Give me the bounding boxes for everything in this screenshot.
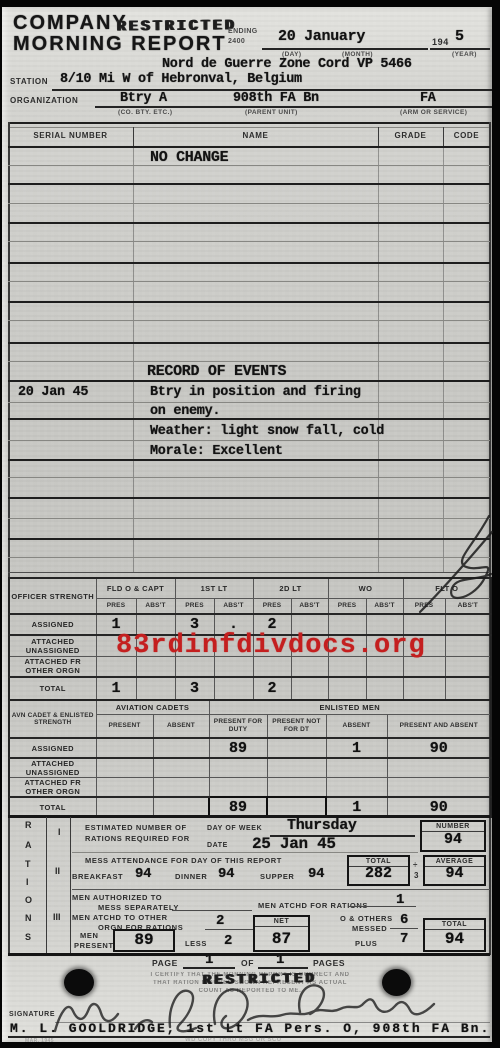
officer-group-fldo-capt: FLD O & CAPT [96, 578, 175, 598]
cell [366, 677, 403, 700]
men-present-label1: MEN [80, 931, 98, 940]
pages-underline [258, 967, 308, 969]
aviation-cadets-group: AVIATION CADETS [96, 700, 209, 714]
rule-line [72, 889, 490, 890]
cell-boxed [267, 797, 326, 817]
sub-abst: ABS'T [136, 598, 175, 614]
cell [96, 758, 153, 778]
men-present-label2: PRESENT [74, 941, 114, 950]
rule-line [8, 127, 490, 128]
rule-line [8, 241, 490, 242]
site-watermark: 83rdinfdivdocs.org [116, 631, 426, 661]
row-label: ATTACHED UNASSIGNED [9, 635, 96, 656]
less-value: 2 [224, 933, 232, 949]
section-numeral-2: II [55, 866, 60, 876]
supper-value: 94 [308, 866, 324, 882]
cell [153, 738, 209, 758]
rations-letter: A [25, 840, 32, 850]
map-coordinates: Nord de Guerre Zone Cord VP 5466 [162, 57, 412, 72]
sub-pres: PRES [328, 598, 366, 614]
breakfast-value: 94 [135, 866, 151, 882]
events-line-2: on enemy. [150, 404, 220, 419]
station-label: STATION [10, 77, 48, 86]
sub-absent: ABSENT [326, 714, 387, 738]
dinner-value: 94 [218, 866, 234, 882]
col-header-grade: GRADE [378, 131, 443, 140]
organization-underline [95, 106, 492, 108]
rule-line [8, 342, 490, 344]
events-line-1: Btry in position and firing [150, 385, 361, 400]
cell [209, 778, 267, 798]
scanned-morning-report: COMPANY MORNING REPORT RESTRICTED ENDING… [0, 0, 500, 1048]
enlisted-row-attached-fr-other: ATTACHED FR OTHER ORGN [9, 778, 491, 798]
cell [267, 758, 326, 778]
enlisted-row-total: TOTAL 89 1 90 [9, 797, 491, 817]
cell: 3 [175, 677, 214, 700]
sub-absent: ABSENT [153, 714, 209, 738]
date-underline [262, 48, 428, 50]
cell [291, 677, 328, 700]
divide-by-three: 3 [414, 871, 419, 880]
cell [96, 738, 153, 758]
punch-hole-left [64, 969, 94, 996]
report-date: 20 January [278, 28, 365, 45]
rule-line [72, 852, 418, 853]
signature-label: SIGNATURE [9, 1011, 55, 1018]
org-parent-unit: 908th FA Bn [233, 91, 319, 106]
of-label: OF [241, 958, 254, 968]
year-typed: 5 [455, 28, 464, 45]
rule-line [8, 146, 490, 148]
cell: 1 [96, 677, 136, 700]
cell [136, 677, 175, 700]
rations-date-value: 25 Jan 45 [252, 835, 336, 853]
rations-letter: N [25, 913, 32, 923]
men-atchd-other-label1: MEN ATCHD TO OTHER [72, 913, 168, 922]
rule-line [8, 301, 490, 303]
column-divider-faint [443, 146, 444, 573]
rations-total-label: TOTAL [425, 921, 484, 930]
rule-line [8, 222, 490, 224]
form-note-center: WD COPY THRU MSG OR SCU [185, 1037, 281, 1043]
org-arm: FA [420, 91, 436, 106]
cell: 90 [387, 738, 491, 758]
rule-line [8, 203, 490, 204]
rations-divider [46, 817, 47, 954]
rule-line [8, 418, 490, 420]
rule-line [8, 538, 490, 540]
col-header-serial-number: SERIAL NUMBER [8, 131, 133, 140]
org-parent-sublabel: (PARENT UNIT) [245, 109, 298, 116]
page-value: 1 [205, 952, 213, 968]
officer-strength-label: OFFICER STRENGTH [9, 578, 96, 614]
others-underline [390, 928, 418, 929]
net-value: 87 [255, 930, 308, 948]
events-line-4: Morale: Excellent [150, 444, 283, 459]
officer-row-total: TOTAL 1 3 2 [9, 677, 491, 700]
signed-name-typed: M. L. GOOLDRIDGE, 1st Lt FA Pers. O, 908… [10, 1021, 490, 1036]
station-value: 8/10 Mi W of Hebronval, Belgium [60, 72, 302, 87]
less-label: LESS [185, 939, 207, 948]
mess-total-value: 282 [349, 865, 408, 882]
section-numeral-3: III [53, 912, 61, 922]
cell [445, 635, 491, 656]
cell [96, 797, 153, 817]
row-label: ATTACHED UNASSIGNED [9, 758, 96, 778]
dinner-label: DINNER [175, 872, 207, 881]
rations-letter: T [25, 859, 31, 869]
day-of-week-value: Thursday [287, 817, 357, 834]
rule-line [8, 262, 490, 264]
sub-present: PRESENT [96, 714, 153, 738]
cell [403, 677, 445, 700]
year-underline [430, 48, 490, 50]
number-box: NUMBER 94 [420, 820, 486, 852]
average-value: 94 [425, 865, 484, 882]
day-of-week-label: DAY OF WEEK [207, 825, 262, 832]
cell: 90 [387, 797, 491, 817]
sub-pres: PRES [253, 598, 291, 614]
row-label: ASSIGNED [9, 614, 96, 635]
enlisted-strength-table: AVN CADET & ENLISTED STRENGTH AVIATION C… [8, 699, 492, 818]
rations-total-box: TOTAL 94 [423, 918, 486, 952]
atchd-for-underline [348, 906, 416, 907]
rule-line [8, 440, 490, 441]
rule-line [8, 122, 490, 124]
plus-label: PLUS [355, 939, 377, 948]
cell [209, 758, 267, 778]
cell [267, 778, 326, 798]
mess-attendance-title: MESS ATTENDANCE FOR DAY OF THIS REPORT [85, 856, 282, 865]
others-label1: O & OTHERS [340, 914, 393, 923]
section-numeral-1: I [58, 827, 61, 837]
plus-value: 7 [400, 931, 408, 947]
rations-letter: S [25, 932, 31, 942]
sub-present-for-duty: PRESENT FOR DUTY [209, 714, 267, 738]
enlisted-men-group: ENLISTED MEN [209, 700, 491, 714]
rule-line [8, 497, 490, 499]
org-arm-sublabel: (ARM OR SERVICE) [400, 109, 467, 116]
pages-value: 1 [276, 952, 284, 968]
row-label: ATTACHED FR OTHER ORGN [9, 656, 96, 677]
sub-abst: ABS'T [214, 598, 253, 614]
record-of-events-title: RECORD OF EVENTS [147, 363, 286, 380]
rule-line [8, 320, 490, 321]
rule-line [8, 281, 490, 282]
others-label2: MESSED [352, 924, 387, 933]
net-label: NET [255, 918, 308, 927]
events-line-3: Weather: light snow fall, cold [150, 424, 384, 439]
enlisted-strength-label: AVN CADET & ENLISTED STRENGTH [9, 700, 96, 738]
cell: 1 [326, 797, 387, 817]
sub-present-and-absent: PRESENT AND ABSENT [387, 714, 491, 738]
rule-line [8, 557, 490, 558]
certify-line-3: COUNT AS REPORTED TO ME. [90, 988, 410, 994]
cell [214, 677, 253, 700]
officer-group-flt-o: FLT O [403, 578, 491, 598]
ending-time: 2400 [228, 38, 245, 45]
ending-label: ENDING [228, 28, 258, 35]
org-unit-sublabel: (CO. BTY. ETC.) [118, 109, 172, 116]
page-label: PAGE [152, 958, 178, 968]
sub-pres: PRES [403, 598, 445, 614]
enlisted-row-attached-unassigned: ATTACHED UNASSIGNED [9, 758, 491, 778]
cell [445, 677, 491, 700]
cell-boxed: 89 [209, 797, 267, 817]
row-label: ASSIGNED [9, 738, 96, 758]
sub-present-not-for-duty: PRESENT NOT FOR DT [267, 714, 326, 738]
men-present-box: 89 [113, 929, 175, 952]
number-value: 94 [422, 831, 484, 848]
sub-abst: ABS'T [445, 598, 491, 614]
sub-abst: ABS'T [366, 598, 403, 614]
org-unit: Btry A [120, 91, 167, 106]
net-box: NET 87 [253, 915, 310, 952]
rule-line [8, 518, 490, 519]
supper-label: SUPPER [260, 872, 294, 881]
rule-line [8, 953, 490, 956]
form-title-line2: MORNING REPORT [13, 33, 227, 56]
atchd-other-underline [205, 929, 253, 930]
restricted-stamp-bottom: RESTRICTED [203, 971, 317, 989]
paper-sheet [2, 7, 492, 1042]
cell [328, 677, 366, 700]
rule-line [8, 361, 490, 362]
cell [387, 758, 491, 778]
row-label: TOTAL [9, 677, 96, 700]
column-divider-faint [133, 146, 134, 573]
rule-line [8, 572, 490, 573]
divide-symbol: ÷ [413, 860, 418, 869]
rule-line [8, 165, 490, 166]
organization-label: ORGANIZATION [10, 96, 78, 105]
cell [445, 614, 491, 635]
col-header-name: NAME [133, 131, 378, 140]
rule-line [8, 477, 490, 478]
sub-pres: PRES [175, 598, 214, 614]
rule-line [8, 183, 490, 185]
average-box: AVERAGE 94 [423, 855, 486, 886]
others-value: 6 [400, 912, 408, 928]
cell: 2 [253, 677, 291, 700]
column-divider-faint [378, 146, 379, 573]
roster-entry-no-change: NO CHANGE [150, 149, 228, 166]
cell [96, 778, 153, 798]
enlisted-row-assigned: ASSIGNED 89 1 90 [9, 738, 491, 758]
cell: 89 [209, 738, 267, 758]
men-authorized-label1: MEN AUTHORIZED TO [72, 893, 162, 902]
year-printed: 194 [432, 37, 449, 47]
officer-group-2d-lt: 2D LT [253, 578, 328, 598]
restricted-stamp-top: RESTRICTED [117, 17, 237, 35]
sub-pres: PRES [96, 598, 136, 614]
form-title-line1: COMPANY [13, 12, 128, 35]
men-present-value: 89 [115, 931, 173, 949]
pages-label: PAGES [313, 958, 345, 968]
estimated-rations-label2: RATIONS REQUIRED FOR [85, 834, 190, 843]
cell: 1 [326, 738, 387, 758]
mess-total-box: TOTAL 282 [347, 855, 410, 886]
men-atchd-other-value: 2 [216, 913, 224, 929]
punch-hole-right [382, 969, 411, 996]
officer-group-wo: WO [328, 578, 403, 598]
form-note-left: MAR. 1945 [25, 1038, 54, 1044]
rule-line [8, 459, 490, 461]
officer-group-1st-lt: 1ST LT [175, 578, 253, 598]
cell [267, 738, 326, 758]
page-underline [183, 967, 235, 969]
men-authorized-label2: MESS SEPARATELY [98, 903, 179, 912]
cell [326, 778, 387, 798]
cell [153, 797, 209, 817]
events-date: 20 Jan 45 [18, 385, 88, 400]
cell [153, 758, 209, 778]
breakfast-label: BREAKFAST [72, 872, 123, 881]
col-header-code: CODE [443, 131, 490, 140]
estimated-rations-label1: ESTIMATED NUMBER OF [85, 823, 187, 832]
rule-line [8, 815, 490, 818]
rations-date-label: DATE [207, 842, 228, 849]
row-label: ATTACHED FR OTHER ORGN [9, 778, 96, 798]
cell [387, 778, 491, 798]
cell [326, 758, 387, 778]
cell [153, 778, 209, 798]
row-label: TOTAL [9, 797, 96, 817]
cell [445, 656, 491, 677]
rations-letter: I [26, 877, 29, 887]
rations-total-value: 94 [425, 930, 484, 948]
mess-separately-underline [172, 910, 252, 911]
rations-divider [70, 817, 71, 954]
sub-abst: ABS'T [291, 598, 328, 614]
rations-letter: O [25, 895, 32, 905]
rule-line [8, 380, 490, 382]
rule-line [8, 402, 490, 403]
year-label: (YEAR) [452, 51, 477, 58]
rations-letter: R [25, 820, 32, 830]
